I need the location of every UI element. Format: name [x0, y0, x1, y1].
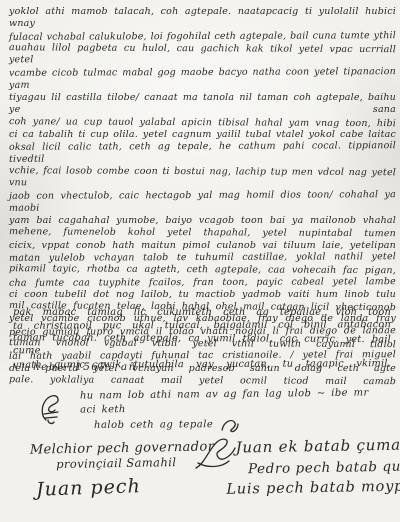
manuscript-line: yoklol athi mamob talacah, coh agtepale.…	[9, 6, 396, 31]
date-line: hebl. 1567. añ	[33, 361, 137, 373]
manuscript-line: mehene, fumenelob kohol yetel thapahal, …	[9, 227, 396, 241]
signature-juan-pech: Juan pech	[36, 475, 141, 501]
manuscript-line: taman tucabah. ceth agtepale, ca yumil t…	[13, 331, 391, 359]
paraph-flourish-icon	[219, 416, 241, 434]
manuscript-line: jaob con vhectulob, caic hectagob yal ma…	[9, 190, 396, 216]
scribal-monogram-icon	[36, 390, 68, 426]
manuscript-line: vchie, fcai losob combe coon ti bostui n…	[9, 165, 396, 192]
manuscript-line: coh yane/ ua cup tauol yalabal apicin ti…	[9, 116, 396, 130]
manuscript-line: ci coon tubelil dot nog lailob, tu macti…	[9, 289, 396, 301]
manuscript-line: cha fumte caa tuyphite fcailos, fran too…	[9, 276, 396, 290]
manuscript-line: auahau lilol pagbeta cu hulol, cau gachi…	[9, 42, 396, 69]
manuscript-line: cicix, vppat conob hath maitun pimol cul…	[9, 240, 396, 252]
signature-governador-line-2: provinçiail Samahil	[56, 454, 215, 471]
marginal-note-line-2: halob ceth ag tepale	[94, 418, 213, 433]
manuscript-line: pak mabac tamlag lic cukumteth ceth ag t…	[13, 306, 391, 319]
manuscript-line: yam bai cagahahal yumobe, baiyo vcagob t…	[9, 215, 396, 227]
signature-pedro-pech: Pedro pech batab quini	[248, 458, 400, 477]
signature-luis-pech: Luis pech batab moypip	[226, 478, 400, 497]
manuscript-line: tiyagau lil castilla tilobe/ canaat ma t…	[9, 92, 396, 117]
signature-juan-ek: Juan ek batab çuma	[235, 435, 400, 456]
signature-governador: Melchior pech governador provinçiail Sam…	[30, 439, 215, 471]
signature-batab-column: Juan ek batab çuma Pedro pech batab quin…	[225, 435, 400, 497]
manuscript-line: vcambe cicob tulmac mabal gog maobe bacy…	[9, 67, 396, 93]
marginal-note: hu nam lob athi nam av ag fan lag ulob ~…	[36, 388, 376, 434]
marginal-note-line-1: hu nam lob athi nam av ag fan lag ulob ~…	[80, 386, 376, 417]
manuscript-line: oksal licil calic tath, ceth ag tepale, …	[9, 140, 396, 166]
manuscript-page: yoklol athi mamob talacah, coh agtepale.…	[0, 0, 400, 522]
